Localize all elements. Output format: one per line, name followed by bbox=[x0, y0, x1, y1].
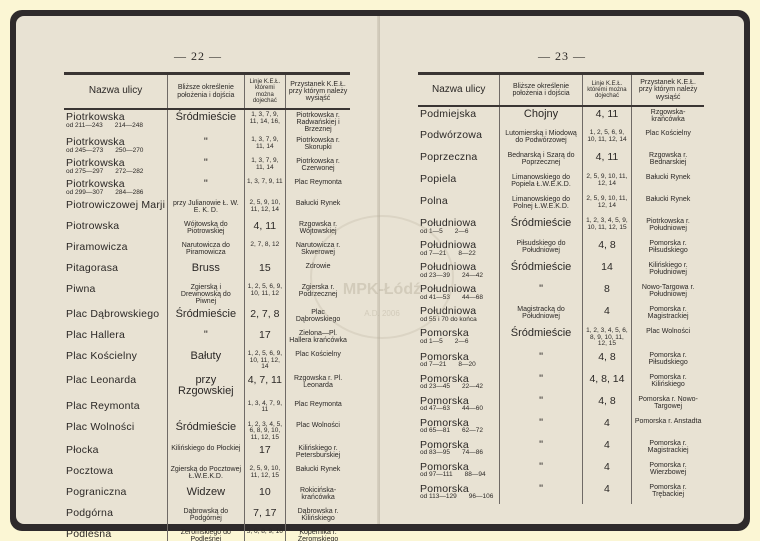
stop-cell: Piotrkowska r. Czerwonej bbox=[286, 156, 350, 177]
even-range: 2—6 bbox=[455, 228, 469, 235]
table-row: PocztowaZgierską do Pocztowej Ł.W.E.K.D.… bbox=[64, 464, 350, 485]
house-range: od 23—4522—42 bbox=[420, 384, 497, 391]
street-name: Plac Dąbrowskiego bbox=[66, 309, 165, 320]
lines-cell: 4 bbox=[582, 416, 631, 438]
even-range: 62—72 bbox=[462, 427, 483, 434]
lines-cell: 17 bbox=[244, 443, 286, 464]
location-cell: " bbox=[500, 416, 582, 438]
lines-cell: 2, 7, 8 bbox=[244, 307, 286, 328]
stop-cell: Plac Reymonta bbox=[286, 177, 350, 198]
lines-cell: 15 bbox=[244, 261, 286, 282]
stop-cell: Pomorska r. Trębackiej bbox=[632, 482, 704, 504]
stop-cell: Nowo-Targowa r. Południowej bbox=[632, 282, 704, 304]
odd-range: od 245—273 bbox=[66, 147, 103, 154]
location-cell: Wójtowską do Piotrowskiej bbox=[168, 219, 244, 240]
street-cell: Piotrowska bbox=[64, 219, 168, 240]
table-header: Nazwa ulicy Bliższe określenie położenia… bbox=[418, 74, 704, 107]
location-cell: Piłsudskiego do Południowej bbox=[500, 238, 582, 260]
street-cell: Pomorskaod 47—6344—60 bbox=[418, 394, 500, 416]
table-header: Nazwa ulicy Bliższe określenie położenia… bbox=[64, 74, 350, 110]
house-range: od 245—273250—270 bbox=[66, 148, 165, 155]
table-row: Pomorskaod 7—218—20"4, 8Pomorska r. Piłs… bbox=[418, 350, 704, 372]
table-row: PolnaLimanowskiego do Polnej Ł.W.E.K.D.2… bbox=[418, 194, 704, 216]
table-row: PogranicznaWidzew10Rokicińska-krańcówka bbox=[64, 485, 350, 506]
lines-cell: 1, 3, 7, 9, 11, 14, 16, bbox=[244, 109, 286, 135]
stop-cell: Pomorska r. Kilińskiego bbox=[632, 372, 704, 394]
table-row: Pomorskaod 1—52—6Śródmieście1, 2, 3, 4, … bbox=[418, 326, 704, 350]
table-row: PiotrowskaWójtowską do Piotrowskiej4, 11… bbox=[64, 219, 350, 240]
table-row: Piotrkowskaod 299—307284—286"1, 3, 7, 9,… bbox=[64, 177, 350, 198]
lines-cell: 2, 5, 9, 10, 11, 12, 14 bbox=[244, 198, 286, 219]
lines-cell: 2, 7, 8, 12 bbox=[244, 240, 286, 261]
table-row: Południowaod 23—3924—42Śródmieście14Kili… bbox=[418, 260, 704, 282]
watermark-text: MPK-Łódź bbox=[312, 281, 452, 299]
street-name: Piramowicza bbox=[66, 242, 165, 253]
street-name: Pograniczna bbox=[66, 487, 165, 498]
stop-cell: Pomorska r. Piłsudskiego bbox=[632, 350, 704, 372]
even-range: 44—68 bbox=[462, 294, 483, 301]
stop-cell: Plac Kościelny bbox=[632, 128, 704, 150]
table-row: PoprzecznaBednarską i Szarą do Poprzeczn… bbox=[418, 150, 704, 172]
even-range: 214—248 bbox=[115, 122, 143, 129]
even-range: 8—22 bbox=[458, 250, 475, 257]
street-cell: Piwna bbox=[64, 282, 168, 307]
street-name: Poprzeczna bbox=[420, 152, 497, 163]
location-cell: Żeromskiego do Podleśnej bbox=[168, 527, 244, 541]
house-range: od 47—6344—60 bbox=[420, 406, 497, 413]
location-cell: " bbox=[500, 460, 582, 482]
table-row: Pomorskaod 65—8162—72"4Pomorska r. Ansta… bbox=[418, 416, 704, 438]
table-row: Plac WolnościŚródmieście1, 2, 3, 4, 5, 6… bbox=[64, 420, 350, 444]
location-cell: " bbox=[500, 350, 582, 372]
location-cell: Śródmieście bbox=[500, 326, 582, 350]
street-cell: Pomorskaod 1—52—6 bbox=[418, 326, 500, 350]
table-row: PodmiejskaChojny4, 11Rzgowska-krańcówka bbox=[418, 106, 704, 128]
table-row: Pomorskaod 47—6344—60"4, 8Pomorska r. No… bbox=[418, 394, 704, 416]
stop-cell: Dąbrowska r. Kilińskiego bbox=[286, 506, 350, 527]
location-cell: Lutomierską i Miodową do Podwórzowej bbox=[500, 128, 582, 150]
stop-cell: Pomorska r. Magistrackiej bbox=[632, 304, 704, 326]
table-body: Piotrkowskaod 211—243214—248Śródmieście1… bbox=[64, 109, 350, 541]
street-cell: Plac Reymonta bbox=[64, 399, 168, 420]
street-cell: Popiela bbox=[418, 172, 500, 194]
stop-cell: Rzgowska-krańcówka bbox=[632, 106, 704, 128]
even-range: 22—42 bbox=[462, 383, 483, 390]
location-cell: Limanowskiego do Polnej Ł.W.E.K.D. bbox=[500, 194, 582, 216]
location-cell: " bbox=[168, 156, 244, 177]
odd-range: od 113—129 bbox=[420, 493, 457, 500]
street-cell: Poprzeczna bbox=[418, 150, 500, 172]
odd-range: od 1—5 bbox=[420, 338, 443, 345]
odd-range: od 7—21 bbox=[420, 361, 446, 368]
street-cell: Polna bbox=[418, 194, 500, 216]
location-cell: Dąbrowską do Podgórnej bbox=[168, 506, 244, 527]
street-table: Nazwa ulicy Bliższe określenie położenia… bbox=[418, 72, 704, 504]
location-cell bbox=[168, 399, 244, 420]
lines-cell: 4, 11 bbox=[244, 219, 286, 240]
stop-cell: Plac Kościelny bbox=[286, 349, 350, 373]
street-cell: Piotrkowskaod 211—243214—248 bbox=[64, 109, 168, 135]
stop-cell: Bałucki Rynek bbox=[286, 198, 350, 219]
street-name: Plac Leonarda bbox=[66, 375, 165, 386]
lines-cell: 1, 3, 7, 9, 11 bbox=[244, 177, 286, 198]
header-lines: Linje K.E.Ł. któremi można dojechać bbox=[244, 74, 286, 110]
header-street: Nazwa ulicy bbox=[418, 74, 500, 107]
lines-cell: 1, 3, 7, 9, 11, 14 bbox=[244, 135, 286, 156]
location-cell: Zgierską i Drewnowską do Piwnej bbox=[168, 282, 244, 307]
street-cell: Plac Dąbrowskiego bbox=[64, 307, 168, 328]
odd-range: od 97—111 bbox=[420, 471, 453, 478]
house-range: od 83—9574—86 bbox=[420, 450, 497, 457]
odd-range: od 299—307 bbox=[66, 189, 103, 196]
table-row: Pomorskaod 113—12996—106"4Pomorska r. Tr… bbox=[418, 482, 704, 504]
lines-cell: 1, 2, 3, 4, 5, 6, 8, 9, 10, 11, 12, 15 bbox=[582, 326, 631, 350]
table-row: Plac Hallera"17Zielona—Pl. Hallera krańc… bbox=[64, 328, 350, 349]
table-row: Południowaod 55 i 70 do końcaMagistracką… bbox=[418, 304, 704, 326]
lines-cell: 14 bbox=[582, 260, 631, 282]
even-range: 88—94 bbox=[465, 471, 486, 478]
lines-cell: 4, 8 bbox=[582, 394, 631, 416]
odd-range: od 47—63 bbox=[420, 405, 450, 412]
table-row: PitagorasaBruss15Zdrowie bbox=[64, 261, 350, 282]
street-name: Pitagorasa bbox=[66, 263, 165, 274]
even-range: 2—6 bbox=[455, 338, 469, 345]
header-location: Bliższe określenie położenia i dojścia bbox=[500, 74, 582, 107]
street-cell: Pitagorasa bbox=[64, 261, 168, 282]
lines-cell: 10 bbox=[244, 485, 286, 506]
street-name: Plac Hallera bbox=[66, 330, 165, 341]
stop-cell: Pomorska r. Anstadta bbox=[632, 416, 704, 438]
street-cell: Plac Hallera bbox=[64, 328, 168, 349]
stop-cell: Rzgowska r. Bednarskiej bbox=[632, 150, 704, 172]
street-cell: Piotrkowskaod 275—297272—282 bbox=[64, 156, 168, 177]
street-cell: Pomorskaod 97—11188—94 bbox=[418, 460, 500, 482]
street-name: Plac Kościelny bbox=[66, 351, 165, 362]
house-range: od 1—52—6 bbox=[420, 339, 497, 346]
lines-cell: 4 bbox=[582, 482, 631, 504]
street-name: Płocka bbox=[66, 445, 165, 456]
header-street: Nazwa ulicy bbox=[64, 74, 168, 110]
street-cell: Piotrowiczowej Marji bbox=[64, 198, 168, 219]
lines-cell: 2, 5, 9, 10, 11, 12, 14 bbox=[582, 194, 631, 216]
lines-cell: 1, 3, 7, 9, 11, 14 bbox=[244, 156, 286, 177]
table-row: Plac Leonardaprzy Rzgowskiej4, 7, 11Rzgo… bbox=[64, 373, 350, 399]
street-cell: Piotrkowskaod 299—307284—286 bbox=[64, 177, 168, 198]
house-range: od 97—11188—94 bbox=[420, 472, 497, 479]
table-row: Piotrkowskaod 211—243214—248Śródmieście1… bbox=[64, 109, 350, 135]
street-name: Piotrowiczowej Marji bbox=[66, 200, 165, 211]
location-cell: " bbox=[500, 394, 582, 416]
house-range: od 65—8162—72 bbox=[420, 428, 497, 435]
page-number: — 23 — bbox=[380, 49, 744, 64]
location-cell: Śródmieście bbox=[168, 420, 244, 444]
street-cell: Plac Leonarda bbox=[64, 373, 168, 399]
book-spread: — 22 — Nazwa ulicy Bliższe określenie po… bbox=[10, 10, 750, 531]
table-row: Piotrowiczowej Marjiprzy Julianowie Ł. W… bbox=[64, 198, 350, 219]
lines-cell: 4, 8 bbox=[582, 350, 631, 372]
table-row: PiramowiczaNarutowicza do Piramowicza2, … bbox=[64, 240, 350, 261]
odd-range: od 23—45 bbox=[420, 383, 450, 390]
stop-cell: Plac Wolności bbox=[286, 420, 350, 444]
header-stop: Przystanek K.E.Ł. przy którym należy wys… bbox=[632, 74, 704, 107]
stop-cell: Plac Wolności bbox=[632, 326, 704, 350]
stop-cell: Piotrkowska r. Południowej bbox=[632, 216, 704, 238]
table-row: Południowaod 41—5344—68"8Nowo-Targowa r.… bbox=[418, 282, 704, 304]
street-name: Plac Wolności bbox=[66, 422, 165, 433]
street-name: Podwórzowa bbox=[420, 130, 497, 141]
location-cell: przy Julianowie Ł. W. E. K. D. bbox=[168, 198, 244, 219]
street-name: Piwna bbox=[66, 284, 165, 295]
street-cell: Podgórna bbox=[64, 506, 168, 527]
location-cell: " bbox=[168, 328, 244, 349]
lines-cell: 1, 2, 3, 4, 5, 6, 8, 9, 10, 11, 12, 15 bbox=[244, 420, 286, 444]
location-cell: Bruss bbox=[168, 261, 244, 282]
street-cell: Płocka bbox=[64, 443, 168, 464]
location-cell: Śródmieście bbox=[500, 216, 582, 238]
table-row: Piotrkowskaod 245—273250—270"1, 3, 7, 9,… bbox=[64, 135, 350, 156]
location-cell: Narutowicza do Piramowicza bbox=[168, 240, 244, 261]
stop-cell: Pomorska r. Piłsudskiego bbox=[632, 238, 704, 260]
location-cell: Śródmieście bbox=[500, 260, 582, 282]
location-cell: Bednarską i Szarą do Poprzecznej bbox=[500, 150, 582, 172]
even-range: 74—86 bbox=[462, 449, 483, 456]
house-range: od 299—307284—286 bbox=[66, 190, 165, 197]
lines-cell: 1, 2, 5, 6, 9, 10, 11, 12, 14 bbox=[582, 128, 631, 150]
table-row: Południowaod 7—218—22Piłsudskiego do Poł… bbox=[418, 238, 704, 260]
page-number: — 22 — bbox=[16, 49, 380, 64]
stop-cell: Pomorska r. Nowo-Targowej bbox=[632, 394, 704, 416]
table-row: Pomorskaod 83—9574—86"4Pomorska r. Magis… bbox=[418, 438, 704, 460]
street-cell: Pocztowa bbox=[64, 464, 168, 485]
house-range: od 275—297272—282 bbox=[66, 169, 165, 176]
house-range: od 211—243214—248 bbox=[66, 123, 165, 130]
lines-cell: 4 bbox=[582, 460, 631, 482]
location-cell: przy Rzgowskiej bbox=[168, 373, 244, 399]
odd-range: od 211—243 bbox=[66, 122, 103, 129]
street-cell: Pomorskaod 83—9574—86 bbox=[418, 438, 500, 460]
location-cell: Kilińskiego do Płockiej bbox=[168, 443, 244, 464]
location-cell: Widzew bbox=[168, 485, 244, 506]
street-name: Polna bbox=[420, 196, 497, 207]
lines-cell: 1, 2, 5, 6, 9, 10, 11, 12, 14 bbox=[244, 349, 286, 373]
stop-cell: Rzgowska r. Pl. Leonarda bbox=[286, 373, 350, 399]
watermark-stamp: MPK-Łódź A.D. 2006 bbox=[310, 215, 454, 339]
even-range: 44—60 bbox=[462, 405, 483, 412]
location-cell: Zgierską do Pocztowej Ł.W.E.K.D. bbox=[168, 464, 244, 485]
house-range: od 113—12996—106 bbox=[420, 494, 497, 501]
lines-cell: 4 bbox=[582, 438, 631, 460]
header-stop: Przystanek K.E.Ł. przy którym należy wys… bbox=[286, 74, 350, 110]
street-cell: Plac Kościelny bbox=[64, 349, 168, 373]
stop-cell: Bałucki Rynek bbox=[632, 172, 704, 194]
table-row: PopielaLimanowskiego do Popiela Ł.W.E.K.… bbox=[418, 172, 704, 194]
street-cell: Piramowicza bbox=[64, 240, 168, 261]
street-cell: Podmiejska bbox=[418, 106, 500, 128]
location-cell: Limanowskiego do Popiela Ł.W.E.K.D. bbox=[500, 172, 582, 194]
lines-cell: 4, 11 bbox=[582, 150, 631, 172]
street-name: Popiela bbox=[420, 174, 497, 185]
street-cell: Piotrkowskaod 245—273250—270 bbox=[64, 135, 168, 156]
lines-cell: 2, 5, 9, 10, 11, 12, 14 bbox=[582, 172, 631, 194]
street-cell: Plac Wolności bbox=[64, 420, 168, 444]
stop-cell: Pomorska r. Wierzbowej bbox=[632, 460, 704, 482]
street-cell: Pomorskaod 65—8162—72 bbox=[418, 416, 500, 438]
lines-cell: 4 bbox=[582, 304, 631, 326]
even-range: 250—270 bbox=[115, 147, 143, 154]
location-cell: Bałuty bbox=[168, 349, 244, 373]
table-row: Pomorskaod 23—4522—42"4, 8, 14Pomorska r… bbox=[418, 372, 704, 394]
table-row: Południowaod 1—52—6Śródmieście1, 2, 3, 4… bbox=[418, 216, 704, 238]
street-cell: Pomorskaod 113—12996—106 bbox=[418, 482, 500, 504]
street-name: Podleśna bbox=[66, 529, 165, 540]
location-cell: " bbox=[500, 372, 582, 394]
house-range: od 7—218—20 bbox=[420, 362, 497, 369]
street-cell: Pograniczna bbox=[64, 485, 168, 506]
stop-cell: Rokicińska-krańcówka bbox=[286, 485, 350, 506]
location-cell: " bbox=[168, 177, 244, 198]
location-cell: " bbox=[500, 438, 582, 460]
street-cell: Podleśna bbox=[64, 527, 168, 541]
even-range: 272—282 bbox=[115, 168, 143, 175]
stop-cell: Plac Reymonta bbox=[286, 399, 350, 420]
even-range: 8—20 bbox=[458, 361, 475, 368]
table-row: PiwnaZgierską i Drewnowską do Piwnej1, 2… bbox=[64, 282, 350, 307]
stop-cell: Kilińskiego r. Południowej bbox=[632, 260, 704, 282]
stop-cell: Piotrkowska r. Radwańskiej i Brzeznej bbox=[286, 109, 350, 135]
odd-range: od 65—81 bbox=[420, 427, 450, 434]
table-row: PłockaKilińskiego do Płockiej17Kilińskie… bbox=[64, 443, 350, 464]
table-row: PodleśnaŻeromskiego do Podleśnej5, 6, 8,… bbox=[64, 527, 350, 541]
street-name: Podgórna bbox=[66, 508, 165, 519]
lines-cell: 1, 3, 4, 7, 9, 11 bbox=[244, 399, 286, 420]
lines-cell: 4, 7, 11 bbox=[244, 373, 286, 399]
street-name: Pocztowa bbox=[66, 466, 165, 477]
street-name: Plac Reymonta bbox=[66, 401, 165, 412]
table-row: Pomorskaod 97—11188—94"4Pomorska r. Wier… bbox=[418, 460, 704, 482]
header-lines: Linje K.E.Ł. któremi można dojechać bbox=[582, 74, 631, 107]
location-cell: " bbox=[500, 482, 582, 504]
street-cell: Pomorskaod 23—4522—42 bbox=[418, 372, 500, 394]
location-cell: " bbox=[168, 135, 244, 156]
table-body: PodmiejskaChojny4, 11Rzgowska-krańcówkaP… bbox=[418, 106, 704, 504]
location-cell: " bbox=[500, 282, 582, 304]
table-row: Plac DąbrowskiegoŚródmieście2, 7, 8Plac … bbox=[64, 307, 350, 328]
table-row: PodgórnaDąbrowską do Podgórnej7, 17Dąbro… bbox=[64, 506, 350, 527]
street-table: Nazwa ulicy Bliższe określenie położenia… bbox=[64, 72, 350, 541]
location-cell: Magistracką do Południowej bbox=[500, 304, 582, 326]
street-cell: Podwórzowa bbox=[418, 128, 500, 150]
stop-cell: Kilińskiego r. Petersburskiej bbox=[286, 443, 350, 464]
lines-cell: 2, 5, 9, 10, 11, 12, 15 bbox=[244, 464, 286, 485]
header-location: Bliższe określenie położenia i dojścia bbox=[168, 74, 244, 110]
street-cell: Pomorskaod 7—218—20 bbox=[418, 350, 500, 372]
odd-range: od 275—297 bbox=[66, 168, 103, 175]
lines-cell: 1, 2, 5, 6, 9, 10, 11, 12 bbox=[244, 282, 286, 307]
table-row: Plac Reymonta1, 3, 4, 7, 9, 11Plac Reymo… bbox=[64, 399, 350, 420]
street-name: Podmiejska bbox=[420, 109, 497, 120]
stop-cell: Bałucki Rynek bbox=[632, 194, 704, 216]
lines-cell: 1, 2, 3, 4, 5, 9, 10, 11, 12, 15 bbox=[582, 216, 631, 238]
stop-cell: Zielona—Pl. Hallera krańcówka bbox=[286, 328, 350, 349]
even-range: 24—42 bbox=[462, 272, 483, 279]
lines-cell: 4, 8, 14 bbox=[582, 372, 631, 394]
table-row: Piotrkowskaod 275—297272—282"1, 3, 7, 9,… bbox=[64, 156, 350, 177]
location-cell: Śródmieście bbox=[168, 109, 244, 135]
stop-cell: Pomorska r. Magistrackiej bbox=[632, 438, 704, 460]
stop-cell: Kopernika r. Żeromskiego bbox=[286, 527, 350, 541]
street-name: Piotrowska bbox=[66, 221, 165, 232]
location-cell: Chojny bbox=[500, 106, 582, 128]
lines-cell: 4, 8 bbox=[582, 238, 631, 260]
stop-cell: Piotrkowska r. Skorupki bbox=[286, 135, 350, 156]
lines-cell: 5, 6, 8, 9, 16 bbox=[244, 527, 286, 541]
even-range: 284—286 bbox=[115, 189, 143, 196]
stop-cell: Bałucki Rynek bbox=[286, 464, 350, 485]
lines-cell: 17 bbox=[244, 328, 286, 349]
lines-cell: 4, 11 bbox=[582, 106, 631, 128]
odd-range: od 83—95 bbox=[420, 449, 450, 456]
even-range: 96—106 bbox=[469, 493, 494, 500]
table-row: PodwórzowaLutomierską i Miodową do Podwó… bbox=[418, 128, 704, 150]
lines-cell: 8 bbox=[582, 282, 631, 304]
location-cell: Śródmieście bbox=[168, 307, 244, 328]
table-row: Plac KościelnyBałuty1, 2, 5, 6, 9, 10, 1… bbox=[64, 349, 350, 373]
watermark-year: A.D. 2006 bbox=[312, 309, 452, 318]
lines-cell: 7, 17 bbox=[244, 506, 286, 527]
